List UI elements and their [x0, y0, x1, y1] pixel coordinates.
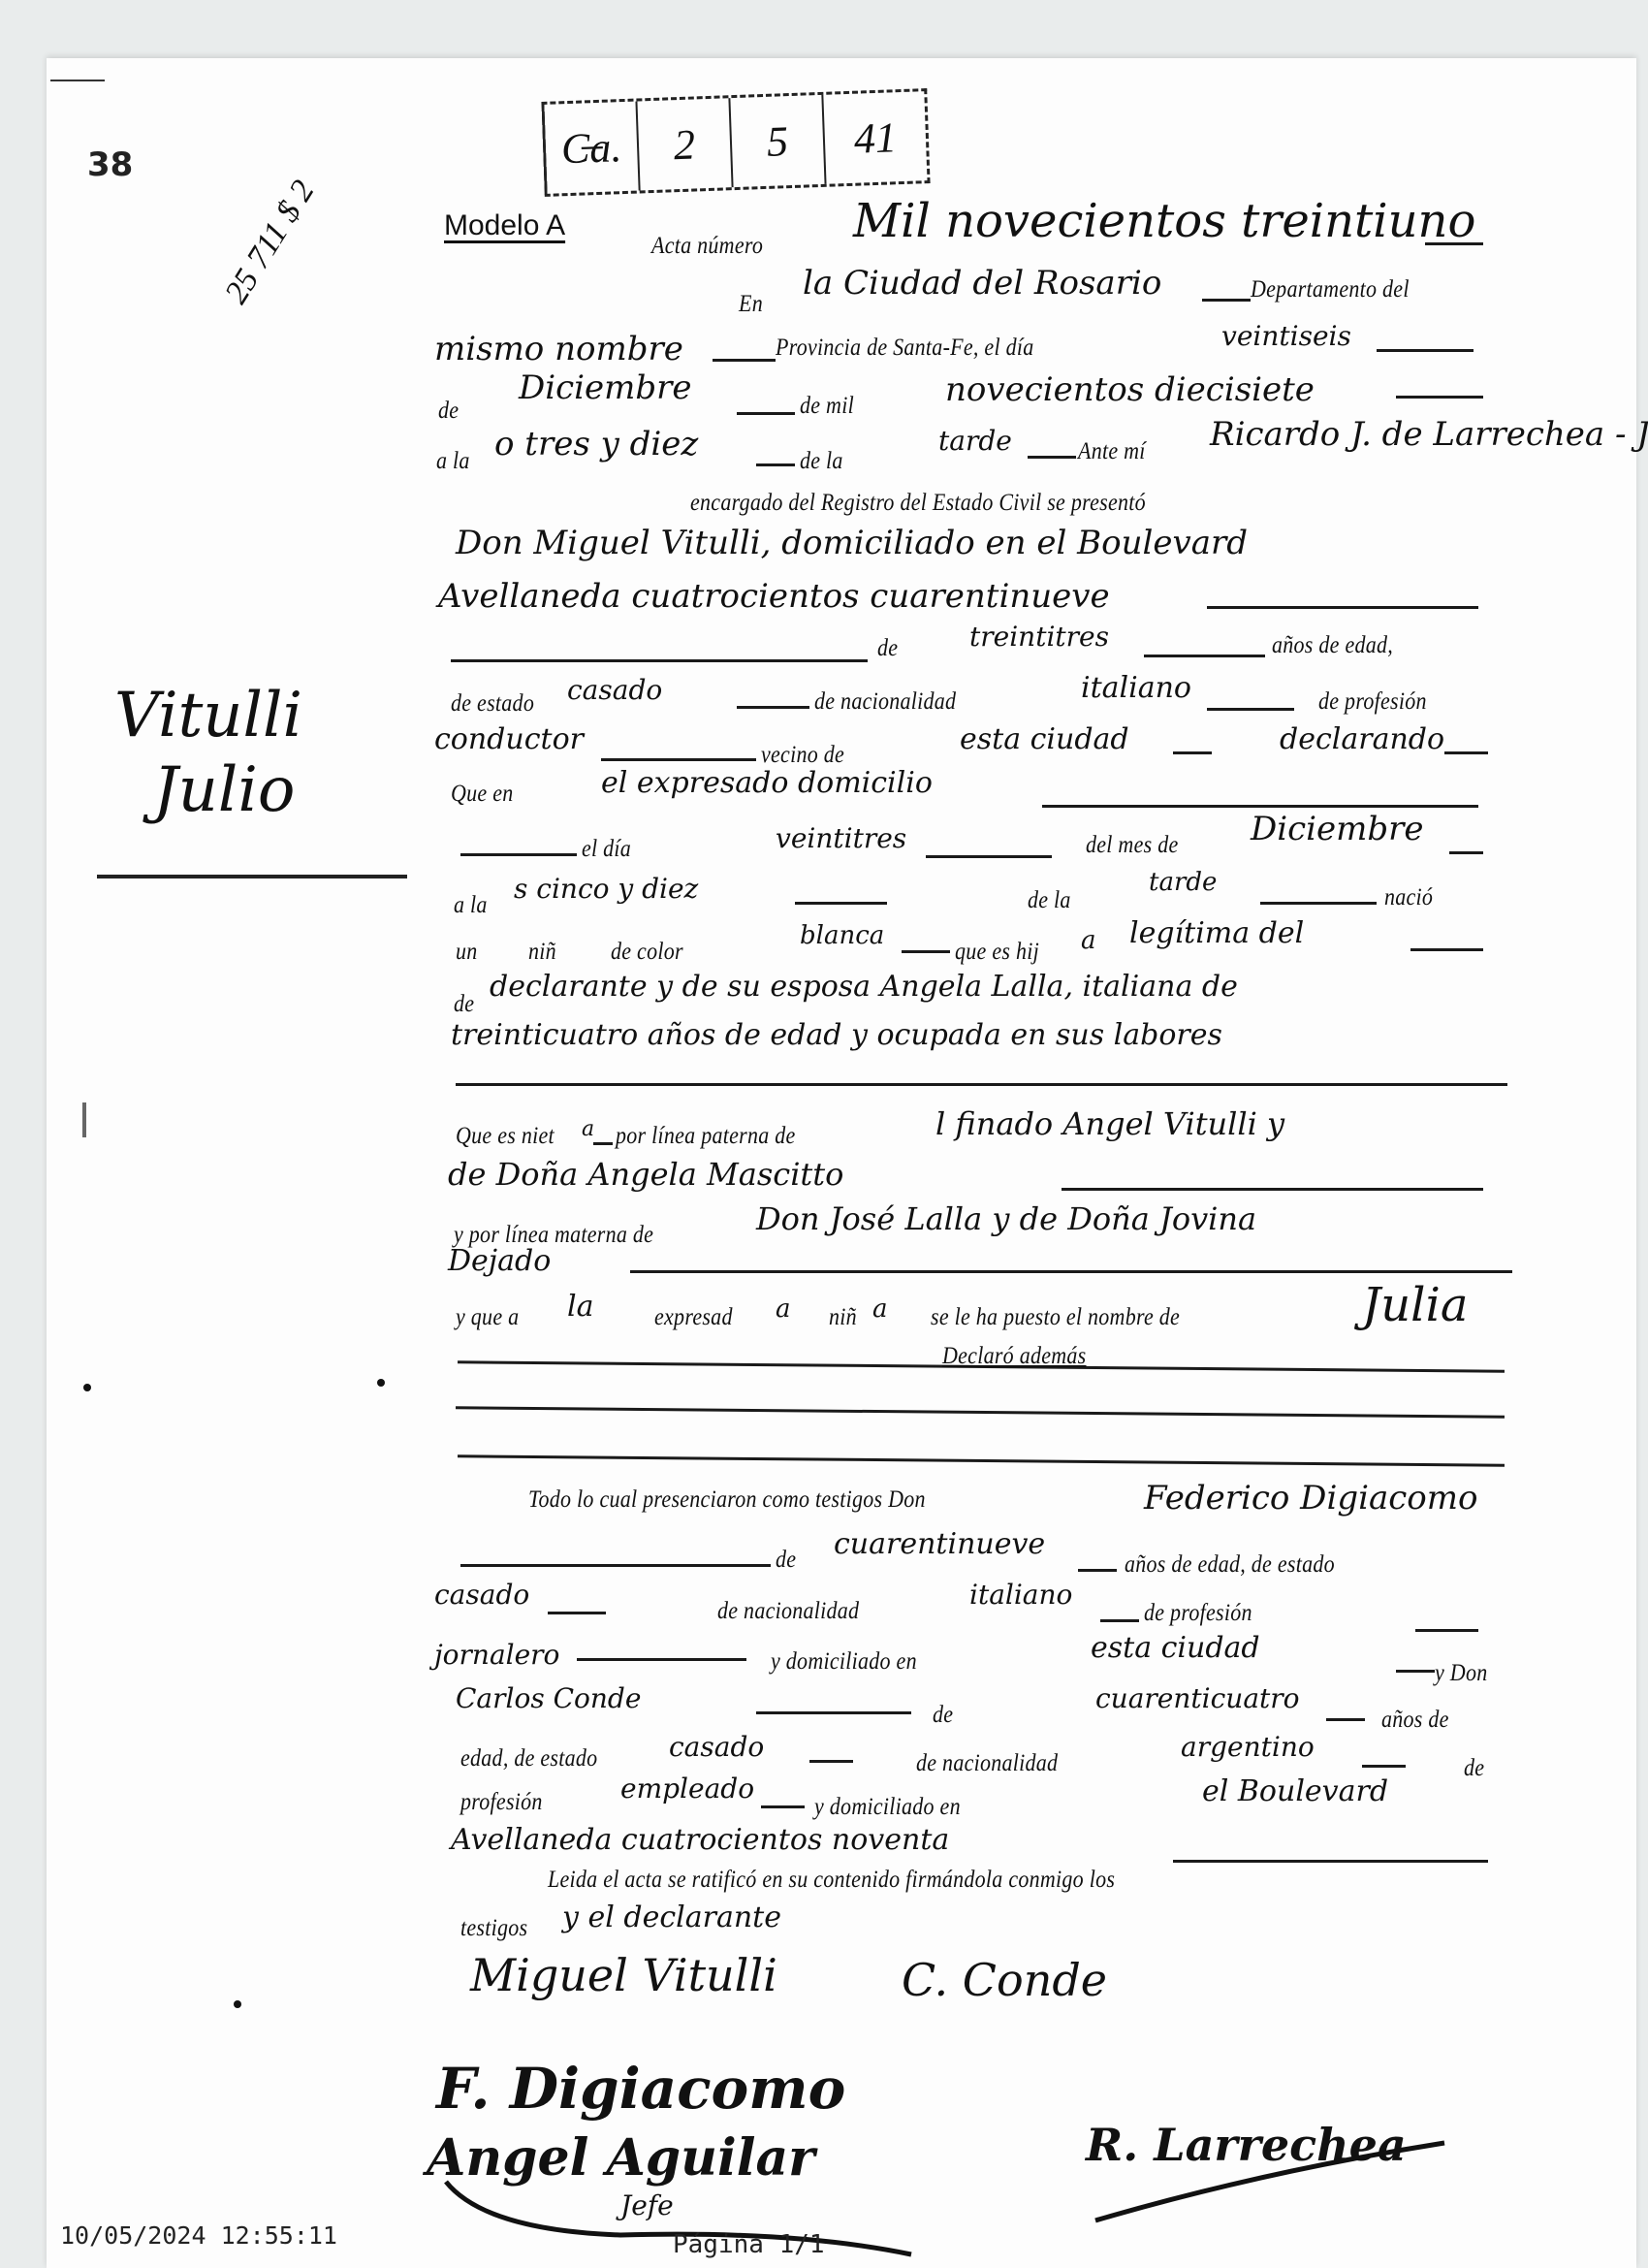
provincia-label: Provincia de Santa-Fe, el día: [776, 335, 1033, 362]
testigo2-edad-label: edad, de estado: [460, 1745, 597, 1773]
nieto-label: Que es niet: [456, 1123, 555, 1150]
form-line: [1062, 1188, 1483, 1191]
form-line: [795, 902, 887, 905]
testigo2-prof: empleado: [620, 1773, 754, 1805]
registry-stamp: C̶a. 2 5 41: [541, 88, 930, 197]
testigo1-nac-label: de nacionalidad: [717, 1598, 859, 1625]
compareciente-value: Don Miguel Vitulli, domiciliado en el Bo…: [456, 524, 1248, 562]
nombre-prefix: y que a: [456, 1304, 519, 1331]
nacio-label: nació: [1384, 884, 1433, 911]
form-line: [1042, 805, 1478, 808]
form-line: [1444, 751, 1488, 754]
form-line: [1173, 751, 1212, 754]
expresad-label: expresad: [654, 1304, 733, 1331]
form-line: [926, 855, 1052, 858]
hora-nac-value: s cinco y diez: [514, 873, 698, 905]
form-line: [1078, 1569, 1117, 1572]
mes-nac-value: Diciembre: [1251, 810, 1424, 848]
form-line: [1396, 396, 1483, 399]
signature-testigo2: C. Conde: [902, 1954, 1107, 2006]
testigos-label: testigos: [460, 1915, 527, 1942]
un-label: un: [456, 939, 478, 966]
a-la-label: a la: [436, 448, 470, 475]
form-line: [1377, 349, 1474, 352]
de-prefix: de: [454, 991, 474, 1018]
color-value: blanca: [800, 921, 884, 950]
form-line: [1202, 299, 1251, 302]
testigo2-dom1: el Boulevard: [1202, 1774, 1388, 1808]
abuela-materna-apellido: Dejado: [448, 1244, 551, 1278]
hij-suffix: a: [1081, 926, 1096, 955]
acta-label: Acta número: [651, 233, 763, 260]
margin-mark: [82, 1102, 86, 1137]
stamp-cell: 2: [637, 98, 733, 190]
en-label: En: [739, 291, 763, 318]
form-line: [601, 758, 756, 761]
form-line: [1396, 1670, 1435, 1673]
side-given-name: Julio: [114, 753, 302, 828]
profesion-label: de profesión: [1318, 688, 1427, 716]
nacionalidad-label: de nacionalidad: [814, 688, 956, 716]
page-number: 38: [87, 145, 133, 184]
encargado-label: encargado del Registro del Estado Civil …: [690, 490, 1146, 517]
form-line: [548, 1612, 606, 1614]
stamp-cell: 41: [823, 91, 927, 184]
testigo1-de: de: [776, 1547, 796, 1574]
form-line: [761, 1805, 805, 1808]
filiacion-line-1: declarante y de su esposa Angela Lalla, …: [490, 970, 1238, 1004]
mes-value: Diciembre: [519, 368, 692, 407]
paterna-label: por línea paterna de: [616, 1123, 796, 1150]
form-line: [1415, 1629, 1478, 1632]
domicilio-value: Avellaneda cuatrocientos cuarentinueve: [438, 577, 1110, 616]
nin-label: niñ: [829, 1304, 857, 1331]
form-line: [593, 1142, 613, 1145]
form-line: [1207, 606, 1478, 609]
side-annotation: Vitulli Julio: [114, 679, 302, 828]
nino-label: niñ: [528, 939, 556, 966]
anio-value: novecientos diecisiete: [945, 370, 1315, 409]
nacionalidad-value: italiano: [1081, 671, 1191, 705]
el-dia-label: el día: [582, 836, 631, 863]
y-don-label: y Don: [1435, 1660, 1487, 1687]
form-line: [630, 1270, 1512, 1273]
estado-label: de estado: [451, 690, 534, 718]
testigo2-estado: casado: [669, 1731, 764, 1763]
form-line: [737, 706, 809, 709]
profesion-value: conductor: [434, 722, 584, 756]
a-la2-label: a la: [454, 892, 488, 919]
vecino-label: vecino de: [761, 742, 844, 769]
de-label: de: [438, 398, 459, 425]
legitima-value: legítima del: [1129, 916, 1304, 950]
testigo1-anos: años de edad, de estado: [1125, 1551, 1335, 1579]
abuelos-maternos-value: Don José Lalla y de Doña Jovina: [756, 1200, 1256, 1237]
form-line: [460, 853, 577, 856]
nombre-label: se le ha puesto el nombre de: [931, 1304, 1180, 1331]
que-en-label: Que en: [451, 781, 514, 808]
abuelo-paterno-value: l finado Angel Vitulli y: [935, 1105, 1284, 1142]
stamp-cell: C̶a.: [545, 102, 641, 194]
ink-speck: [83, 1384, 91, 1391]
form-line: [756, 463, 795, 466]
abuela-paterna-value: de Doña Angela Mascitto: [448, 1156, 843, 1193]
testigo1-estado: casado: [434, 1579, 529, 1611]
expresad-suffix: a: [776, 1294, 791, 1324]
de-mil-label: de mil: [800, 393, 854, 420]
testigo1-dom: esta ciudad: [1091, 1631, 1260, 1665]
form-line: [577, 1658, 746, 1661]
testigo2-de2: de: [1464, 1755, 1484, 1782]
nieto-suffix: a: [582, 1117, 594, 1141]
hora-value: o tres y diez: [494, 425, 698, 463]
testigo1-edad: cuarentinueve: [834, 1527, 1045, 1561]
tarde-value: tarde: [938, 425, 1012, 457]
tarde2-value: tarde: [1149, 868, 1217, 897]
nombre-value: Julia: [1362, 1278, 1468, 1332]
form-line: [1207, 708, 1294, 711]
side-rule: [97, 875, 407, 878]
print-timestamp: 10/05/2024 12:55:11: [60, 2221, 337, 2250]
form-line: [1425, 242, 1483, 245]
form-line: [460, 1564, 771, 1567]
de-la2-label: de la: [1028, 887, 1071, 914]
testigos-value: y el declarante: [562, 1901, 781, 1934]
form-line: [902, 950, 950, 953]
form-line: [1410, 948, 1483, 951]
de-color-label: de color: [611, 939, 683, 966]
en-value: la Ciudad del Rosario: [803, 264, 1161, 303]
edad-value: treintitres: [969, 621, 1109, 653]
corner-mark: [50, 80, 105, 81]
form-line: [756, 1711, 911, 1714]
testigo2-nac: argentino: [1181, 1731, 1315, 1763]
signature-testigo1: F. Digiacomo: [436, 2056, 845, 2122]
ink-speck: [234, 2000, 241, 2008]
signature-declarante: Miguel Vitulli: [470, 1949, 777, 2001]
nin-suffix: a: [872, 1294, 888, 1324]
testigo2-edad: cuarenticuatro: [1095, 1682, 1300, 1714]
anos-label: años de edad,: [1272, 632, 1393, 659]
testigo2-dom-label: y domiciliado en: [814, 1794, 961, 1821]
del-mes-label: del mes de: [1086, 832, 1179, 859]
form-line: [1144, 655, 1265, 657]
testigo1-prof-label: de profesión: [1144, 1600, 1252, 1627]
acta-value: Mil novecientos treintiuno: [853, 194, 1475, 248]
testigo2-anos: años de: [1381, 1707, 1449, 1734]
declarando-value: declarando: [1280, 722, 1444, 756]
lugar-value: el expresado domicilio: [601, 766, 933, 800]
side-surname: Vitulli: [114, 679, 302, 753]
form-title: Modelo A: [444, 209, 565, 242]
form-line: [1100, 1619, 1139, 1622]
form-line: [1449, 851, 1483, 854]
testigo2-dom2: Avellaneda cuatrocientos noventa: [451, 1823, 949, 1857]
vecino-value: esta ciudad: [960, 722, 1129, 756]
testigo1-dom-label: y domiciliado en: [771, 1648, 917, 1676]
testigos-intro: Todo lo cual presenciaron como testigos …: [528, 1486, 926, 1514]
departamento-value: mismo nombre: [434, 330, 683, 368]
form-line: [713, 359, 776, 362]
la-value: la: [567, 1290, 593, 1324]
departamento-label: Departamento del: [1251, 276, 1410, 303]
ink-speck: [377, 1379, 385, 1387]
testigo1-nombre: Federico Digiacomo: [1144, 1479, 1477, 1517]
form-line: [737, 412, 795, 415]
ante-mi-label: Ante mí: [1078, 438, 1146, 465]
filiacion-line-2: treinticuatro años de edad y ocupada en …: [451, 1018, 1222, 1052]
form-line: [1260, 902, 1377, 905]
form-line: [1362, 1765, 1406, 1768]
de-edad-label: de: [877, 635, 898, 662]
estado-value: casado: [567, 674, 662, 706]
leida-label: Leida el acta se ratificó en su contenid…: [548, 1867, 1115, 1894]
form-line: [809, 1760, 853, 1763]
testigo1-nac: italiano: [969, 1579, 1072, 1611]
oficial-value: Ricardo J. de Larrechea - Jefe: [1210, 415, 1648, 454]
form-line: [1028, 456, 1076, 459]
form-line: [1326, 1718, 1365, 1721]
dia-value: veintiseis: [1221, 320, 1351, 352]
page-indicator: Página 1/1: [673, 2230, 825, 2259]
testigo2-prof-label: profesión: [460, 1789, 543, 1816]
testigo2-de: de: [933, 1702, 953, 1729]
testigo1-prof: jornalero: [434, 1639, 559, 1671]
form-line: [451, 659, 868, 662]
signature-flourish: [1066, 2133, 1474, 2230]
form-line: [1173, 1860, 1488, 1863]
testigo2-nombre: Carlos Conde: [456, 1682, 641, 1714]
dia-nac-value: veintitres: [776, 822, 906, 854]
de-la-label: de la: [800, 448, 843, 475]
que-es-hij-label: que es hij: [955, 939, 1039, 966]
form-line: [456, 1083, 1507, 1086]
stamp-cell: 5: [730, 95, 826, 187]
testigo2-nac-label: de nacionalidad: [916, 1750, 1058, 1777]
declaro-label: Declaró además: [942, 1343, 1087, 1370]
